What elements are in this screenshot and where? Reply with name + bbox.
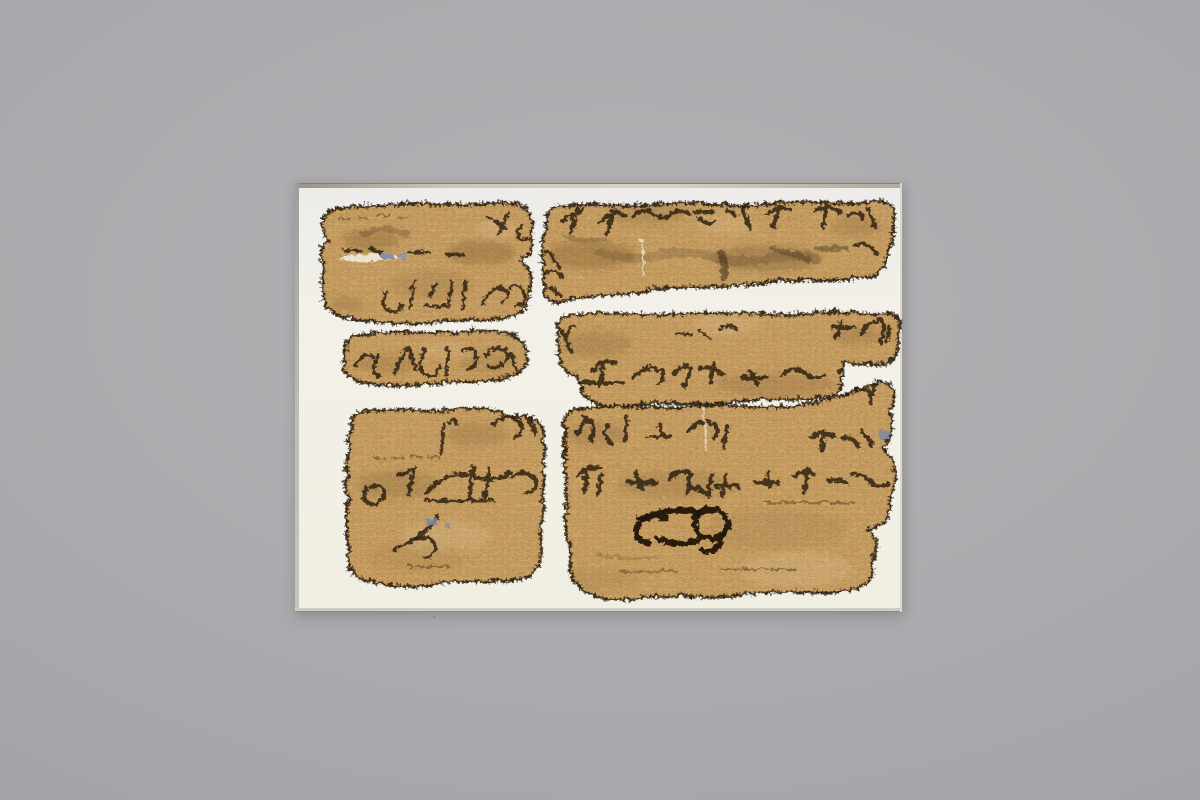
- fragment-bottom-right: [555, 381, 894, 599]
- papyrus-fragments-graphic: [295, 183, 903, 612]
- fragment-middle-left: [343, 329, 526, 384]
- fragment-bottom-left: [343, 407, 543, 585]
- fragment-top-left: [319, 201, 530, 322]
- fragment-top-right: [540, 200, 892, 301]
- photo-background: [0, 0, 1200, 800]
- mount-board: [295, 183, 903, 612]
- dust-specks: [433, 616, 435, 618]
